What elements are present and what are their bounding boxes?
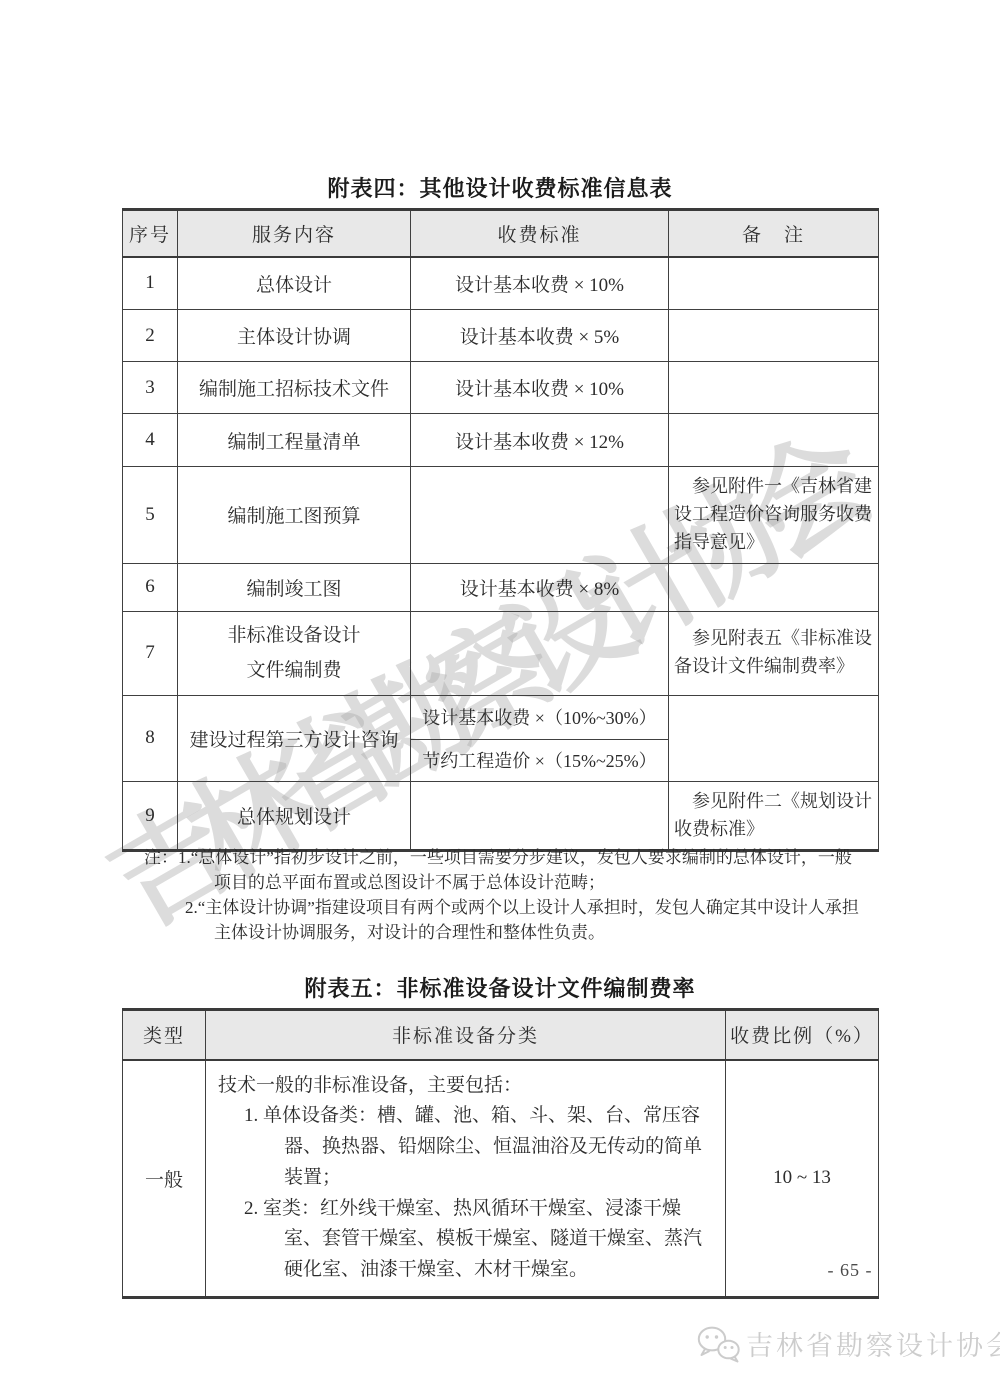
table5-title: 附表五：非标准设备设计文件编制费率 (0, 972, 1000, 1003)
table5-header-type: 类型 (123, 1010, 206, 1060)
row-fee: 设计基本收费 × 5% (411, 310, 669, 362)
row-remark (669, 310, 879, 362)
row-service: 编制工程量清单 (178, 414, 411, 467)
service-line-1: 非标准设备设计 (227, 625, 360, 646)
row-fee: 设计基本收费 × 8% (411, 563, 669, 611)
row-service: 总体设计 (178, 257, 411, 310)
row-service: 主体设计协调 (178, 310, 411, 362)
row-no: 8 (123, 695, 178, 781)
table5-header-category: 非标准设备分类 (206, 1010, 726, 1060)
table5-header-rate: 收费比例（%） (726, 1010, 879, 1060)
row-category: 技术一般的非标准设备，主要包括： 1. 单体设备类：槽、罐、池、箱、斗、架、台、… (206, 1060, 726, 1298)
row-service: 非标准设备设计 文件编制费 (178, 611, 411, 695)
note-line: 主体设计协调服务，对设计的合理性和整体性负责。 (214, 921, 892, 945)
row-remark: 参见附表五《非标准设备设计文件编制费率》 (669, 611, 879, 695)
row-fee-variant-2: 节约工程造价 ×（15%~25%） (411, 739, 669, 781)
row-no: 4 (123, 414, 178, 467)
row-no: 2 (123, 310, 178, 362)
row-remark (669, 563, 879, 611)
table-row: 5 编制施工图预算 参见附件一《吉林省建设工程造价咨询服务收费指导意见》 (123, 467, 879, 564)
row-remark (669, 695, 879, 781)
table4: 序号 服务内容 收费标准 备 注 1 总体设计 设计基本收费 × 10% 2 主… (122, 208, 879, 852)
table5-header-row: 类型 非标准设备分类 收费比例（%） (123, 1010, 879, 1060)
document-page: 吉林省勘察设计协会 附表四：其他设计收费标准信息表 序号 服务内容 收费标准 备… (0, 0, 1000, 1393)
brand-name: 吉林省勘察设计协会 (746, 1324, 1000, 1363)
row-no: 3 (123, 362, 178, 414)
row-service: 编制施工招标技术文件 (178, 362, 411, 414)
table-row: 9 总体规划设计 参见附件二《规划设计收费标准》 (123, 781, 879, 851)
row-service: 总体规划设计 (178, 781, 411, 851)
row-fee (411, 467, 669, 564)
row-service: 编制竣工图 (178, 563, 411, 611)
table-row: 7 非标准设备设计 文件编制费 参见附表五《非标准设备设计文件编制费率》 (123, 611, 879, 695)
table-row: 4 编制工程量清单 设计基本收费 × 12% (123, 414, 879, 467)
row-no: 7 (123, 611, 178, 695)
row-remark: 参见附件一《吉林省建设工程造价咨询服务收费指导意见》 (669, 467, 879, 564)
row-fee: 设计基本收费 × 12% (411, 414, 669, 467)
row-fee: 设计基本收费 × 10% (411, 257, 669, 310)
table4-header-row: 序号 服务内容 收费标准 备 注 (123, 210, 879, 257)
wechat-icon (696, 1325, 740, 1363)
brand-footer: 吉林省勘察设计协会 (696, 1324, 1000, 1363)
table4-title: 附表四：其他设计收费标准信息表 (0, 172, 1000, 203)
row-service: 编制施工图预算 (178, 467, 411, 564)
service-line-2: 文件编制费 (246, 660, 341, 681)
table-row: 6 编制竣工图 设计基本收费 × 8% (123, 563, 879, 611)
note-line: 项目的总平面布置或总图设计不属于总体设计范畴； (214, 871, 892, 895)
row-no: 6 (123, 563, 178, 611)
table-row: 2 主体设计协调 设计基本收费 × 5% (123, 310, 879, 362)
note-line: 2.“主体设计协调”指建设项目有两个或两个以上设计人承担时，发包人确定其中设计人… (185, 896, 892, 920)
table4-notes: 注：1.“总体设计”指初步设计之前，一些项目需要分步建议，发包人要求编制的总体设… (144, 846, 892, 946)
row-fee (411, 611, 669, 695)
table4-header-remark: 备 注 (669, 210, 879, 257)
row-no: 1 (123, 257, 178, 310)
row-remark (669, 257, 879, 310)
category-intro: 技术一般的非标准设备，主要包括： (218, 1071, 713, 1102)
table-row: 一般 技术一般的非标准设备，主要包括： 1. 单体设备类：槽、罐、池、箱、斗、架… (123, 1060, 879, 1298)
category-item: 2. 室类：红外线干燥室、热风循环干燥室、浸漆干燥室、套管干燥室、模板干燥室、隧… (244, 1194, 713, 1286)
row-remark (669, 414, 879, 467)
row-fee (411, 781, 669, 851)
category-item: 1. 单体设备类：槽、罐、池、箱、斗、架、台、常压容器、换热器、铅烟除尘、恒温油… (244, 1101, 713, 1193)
page-number: - 65 - (790, 1260, 910, 1281)
row-type: 一般 (123, 1060, 206, 1298)
row-remark: 参见附件二《规划设计收费标准》 (669, 781, 879, 851)
row-service: 建设过程第三方设计咨询 (178, 695, 411, 781)
table-row: 3 编制施工招标技术文件 设计基本收费 × 10% (123, 362, 879, 414)
row-fee-variant-1: 设计基本收费 ×（10%~30%） (411, 695, 669, 739)
table-row: 8 建设过程第三方设计咨询 设计基本收费 ×（10%~30%） (123, 695, 879, 739)
table5: 类型 非标准设备分类 收费比例（%） 一般 技术一般的非标准设备，主要包括： 1… (122, 1008, 879, 1299)
table4-header-no: 序号 (123, 210, 178, 257)
row-fee: 设计基本收费 × 10% (411, 362, 669, 414)
row-remark (669, 362, 879, 414)
table4-header-service: 服务内容 (178, 210, 411, 257)
row-no: 5 (123, 467, 178, 564)
row-no: 9 (123, 781, 178, 851)
table4-header-fee: 收费标准 (411, 210, 669, 257)
note-line: 注：1.“总体设计”指初步设计之前，一些项目需要分步建议，发包人要求编制的总体设… (144, 846, 892, 870)
table-row: 1 总体设计 设计基本收费 × 10% (123, 257, 879, 310)
